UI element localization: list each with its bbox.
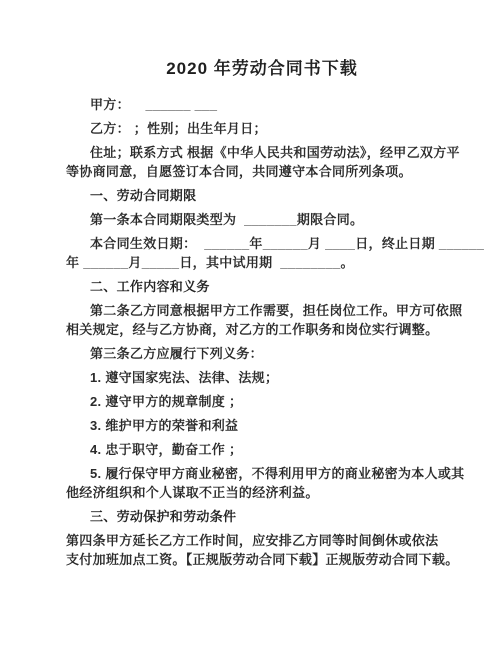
document-title: 2020 年劳动合同书下载 xyxy=(66,56,458,82)
text-line: 相关规定，经与乙方协商，对乙方的工作职务和岗位实行调整。 xyxy=(66,320,458,339)
preamble-paragraph: 住址；联系方式 根据《中华人民共和国劳动法》，经甲乙双方平 等协商同意，自愿签订… xyxy=(66,143,458,181)
text-line: 第二条乙方同意根据甲方工作需要，担任岗位工作。甲方可依照 xyxy=(66,301,458,320)
obligation-item-3: 3. 维护甲方的荣誉和利益 xyxy=(66,416,458,435)
list-item-text: 4. 忠于职守，勤奋工作 ； xyxy=(66,440,458,459)
obligation-item-2: 2. 遵守甲方的规章制度 ； xyxy=(66,392,458,411)
section-heading-3: 三、劳动保护和劳动条件 xyxy=(66,507,458,526)
clause-2-paragraph: 第二条乙方同意根据甲方工作需要，担任岗位工作。甲方可依照 相关规定，经与乙方协商… xyxy=(66,301,458,339)
text-line: 第四条甲方延长乙方工作时间，应安排乙方同等时间倒休或依法 xyxy=(66,531,458,550)
obligation-item-4: 4. 忠于职守，勤奋工作 ； xyxy=(66,440,458,459)
section-heading-text: 一、劳动合同期限 xyxy=(66,186,458,205)
text-line: 住址；联系方式 根据《中华人民共和国劳动法》，经甲乙双方平 xyxy=(66,143,458,162)
text-line: 年 ______月_____日，其中试用期 ________。 xyxy=(66,253,458,272)
section-heading-text: 二、工作内容和义务 xyxy=(66,277,458,296)
contract-document: 2020 年劳动合同书下载 甲方： ______ ___ 乙方： ；性别；出生年… xyxy=(66,56,458,574)
clause-3-lead: 第三条乙方应履行下列义务： xyxy=(66,344,458,363)
list-item-text: 5. 履行保守甲方商业秘密，不得利用甲方的商业秘密为本人或其 xyxy=(66,464,458,483)
obligation-item-5: 5. 履行保守甲方商业秘密，不得利用甲方的商业秘密为本人或其 他经济组织和个人谋… xyxy=(66,464,458,502)
clause-1-paragraph: 第一条本合同期限类型为 _______期限合同。 xyxy=(66,210,458,229)
section-heading-1: 一、劳动合同期限 xyxy=(66,186,458,205)
party-a-line: 甲方： ______ ___ xyxy=(66,95,458,114)
party-b-line: 乙方： ；性别；出生年月日； xyxy=(66,119,458,138)
section-heading-text: 三、劳动保护和劳动条件 xyxy=(66,507,458,526)
list-item-text: 他经济组织和个人谋取不正当的经济利益。 xyxy=(66,483,458,502)
text-line: 等协商同意，自愿签订本合同，共同遵守本合同所列条项。 xyxy=(66,162,458,181)
list-item-text: 2. 遵守甲方的规章制度 ； xyxy=(66,392,458,411)
list-item-text: 3. 维护甲方的荣誉和利益 xyxy=(66,416,458,435)
contract-dates-paragraph: 本合同生效日期： ______年______月 ____日，终止日期 _____… xyxy=(66,234,458,272)
obligation-item-1: 1. 遵守国家宪法、法律、法规； xyxy=(66,368,458,387)
party-a-text: 甲方： ______ ___ xyxy=(66,95,458,114)
section-heading-2: 二、工作内容和义务 xyxy=(66,277,458,296)
text-line: 本合同生效日期： ______年______月 ____日，终止日期 _____… xyxy=(66,234,458,253)
document-page: { "page": { "background": "#ffffff", "te… xyxy=(0,0,500,648)
text-line: 第一条本合同期限类型为 _______期限合同。 xyxy=(66,210,458,229)
clause-4-paragraph: 第四条甲方延长乙方工作时间，应安排乙方同等时间倒休或依法 支付加班加点工资。【正… xyxy=(66,531,458,569)
list-item-text: 1. 遵守国家宪法、法律、法规； xyxy=(66,368,458,387)
text-line: 第三条乙方应履行下列义务： xyxy=(66,344,458,363)
party-b-text: 乙方： ；性别；出生年月日； xyxy=(66,119,458,138)
text-line: 支付加班加点工资。【正规版劳动合同下载】正规版劳动合同下载。 xyxy=(66,550,458,569)
